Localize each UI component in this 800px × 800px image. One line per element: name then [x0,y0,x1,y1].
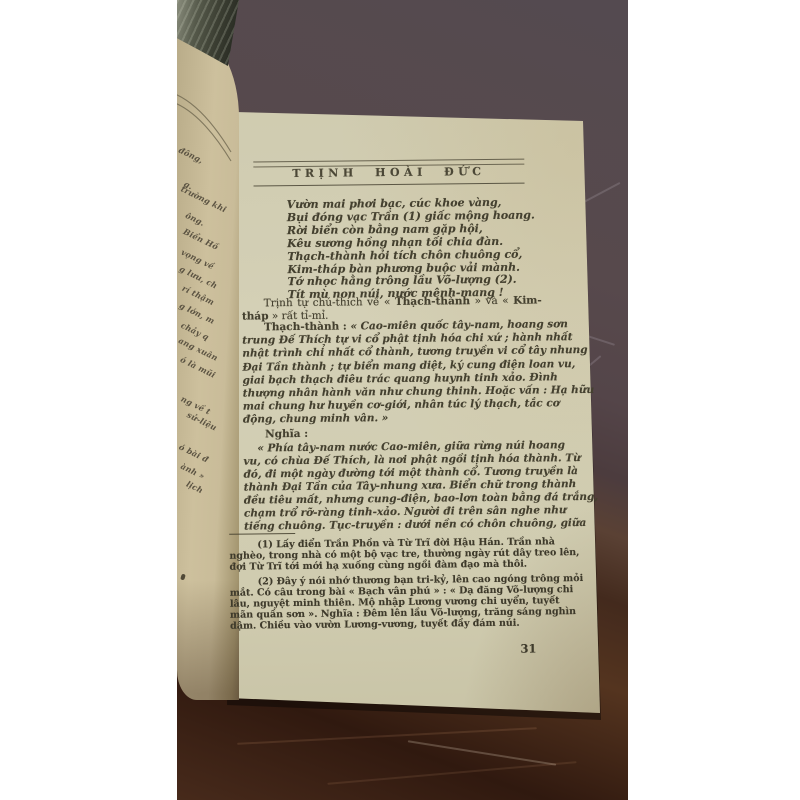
intro-bold-term: Kim- [513,294,542,306]
footnote-line: đợi Từ Trĩ tới mới hạ xuống cùng ngồi đà… [229,559,545,574]
intro-text: » và « [470,295,513,307]
footnote-2: (2) Đây ý nói nhớ thương bạn tri-kỷ, lên… [230,573,547,632]
footnote-line: dậm. Chiều vào vườn Lương-vương, tuyết đ… [230,618,546,633]
running-header-title: TRỊNH HOÀI ĐỨC [253,165,524,181]
wood-grain [327,761,576,785]
note-label: Thạch-thành : [264,320,351,333]
book-photo: đông, g. trường khi ông. Biển Hồ vọng về… [177,0,628,800]
wood-grain [237,727,537,745]
footnote-1: (1) Lấy điển Trần Phồn và Từ Trĩ đời Hậu… [229,536,545,573]
nghia-paragraph: « Phía tây-nam nước Cao-miên, giữa rừng … [243,439,544,533]
ink-spot [180,574,186,581]
nghia-label: Nghĩa : [265,428,308,440]
left-page-text-fragment: ông. [184,210,207,228]
left-page-text-fragment: ành » [179,461,206,481]
footnotes: (1) Lấy điển Trần Phồn và Từ Trĩ đời Hậu… [229,536,546,632]
footnote-divider [229,533,295,535]
header-rule [254,183,525,187]
note-text: « Cao-miên quốc tây-nam, hoang sơn [350,318,568,332]
note-line: động, chung minh vân. » [243,411,543,427]
nghia-line: tiếng chuông. Tục-truyền : dưới nền có c… [244,517,544,533]
wood-scratch [408,740,556,765]
poem: Vườn mai phơi bạc, cúc khoe vàng, Bụi đó… [287,197,536,303]
intro-bold-term: Thạch-thành [395,295,470,308]
page-content: TRỊNH HOÀI ĐỨC Vườn mai phơi bạc, cúc kh… [239,0,547,722]
thach-thanh-note: Thạch-thành : « Cao-miên quốc tây-nam, h… [242,318,543,427]
intro-text: Trịnh tự chú-thích về « [264,296,395,309]
page-number: 31 [520,642,536,656]
